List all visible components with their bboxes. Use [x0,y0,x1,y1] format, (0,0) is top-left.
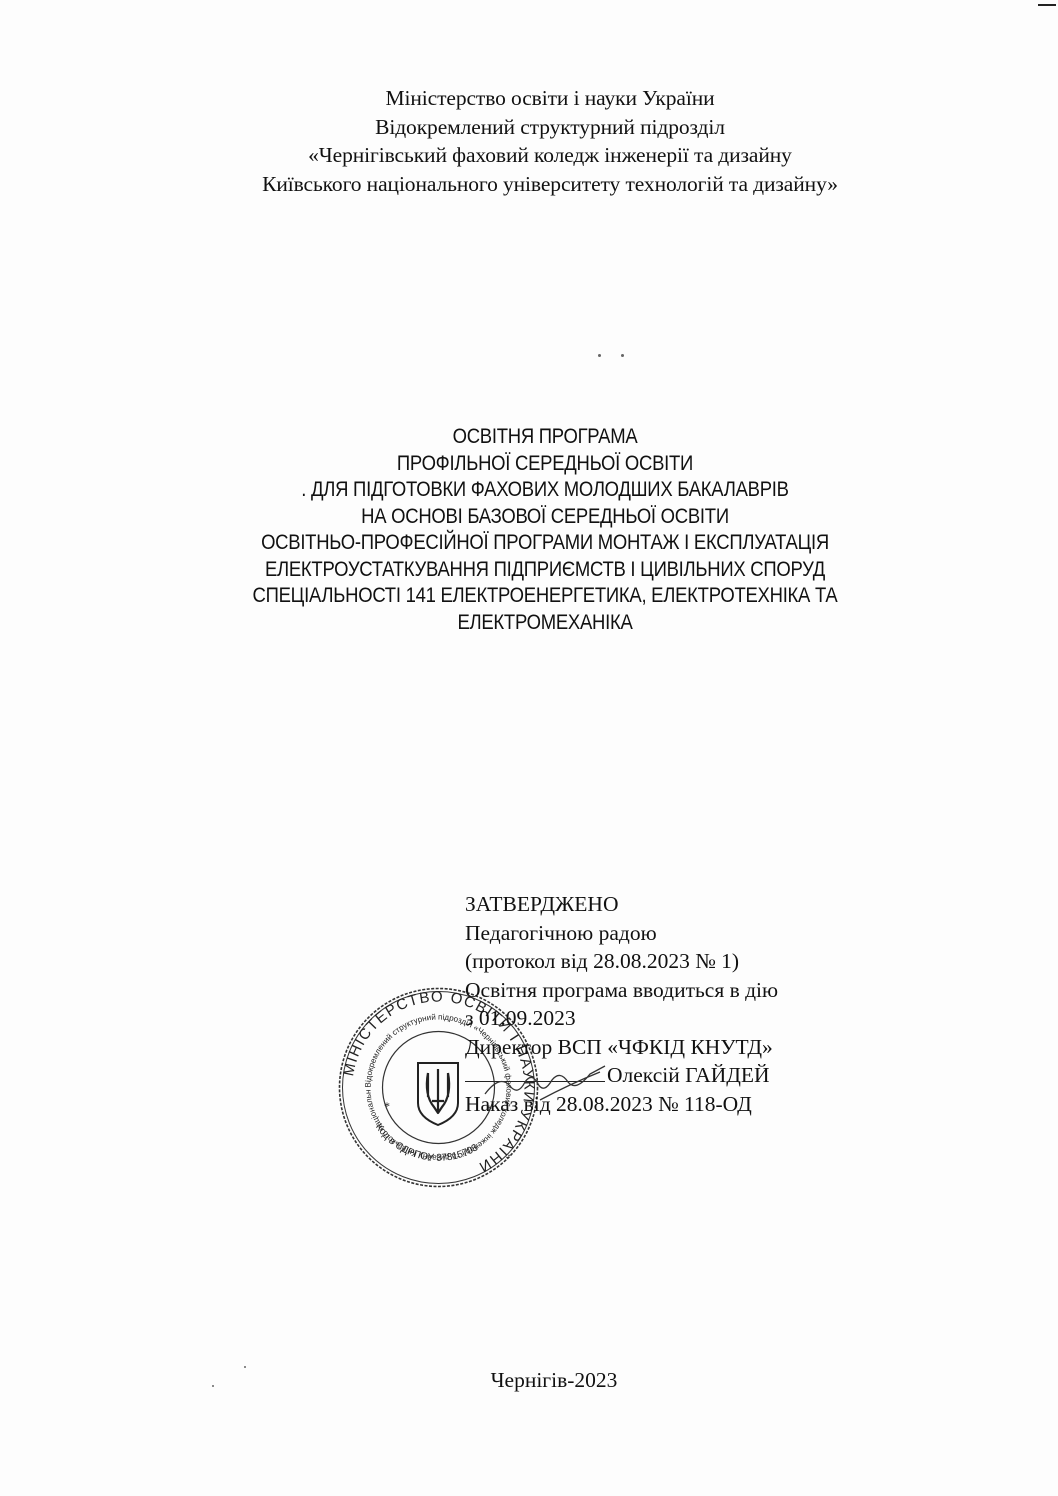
protocol-reference: (протокол від 28.08.2023 № 1) [465,947,778,976]
effective-date: з 01.09.2023 [465,1004,778,1033]
scan-speck [621,354,624,357]
city-year: Чернігів-2023 [0,1366,1058,1394]
college-name-line: «Чернігівський фаховий коледж інженерії … [0,141,1058,170]
title-line: ОСВІТНЬО-ПРОФЕСІЙНОЇ ПРОГРАМИ МОНТАЖ І Е… [65,530,1024,557]
title-line: ЕЛЕКТРОУСТАТКУВАННЯ ПІДПРИЄМСТВ І ЦИВІЛЬ… [65,557,1024,584]
subdivision-line: Відокремлений структурний підрозділ [0,113,1058,142]
title-line: . ДЛЯ ПІДГОТОВКИ ФАХОВИХ МОЛОДШИХ БАКАЛА… [65,477,1024,504]
ministry-line: Міністерство освіти і науки України [0,84,1058,113]
stamp-code-text: Код в ЄДРПОУ 37815703 [373,1122,480,1164]
title-line: СПЕЦІАЛЬНОСТІ 141 ЕЛЕКТРОЕНЕРГЕТИКА, ЕЛЕ… [65,583,1024,610]
institution-header: Міністерство освіти і науки України Відо… [0,84,1058,198]
handwritten-signature [480,1064,620,1104]
effective-label: Освітня програма вводиться в дію [465,976,778,1005]
approval-heading: ЗАТВЕРДЖЕНО [465,890,778,919]
scan-speck [598,354,601,357]
director-name: Олексій ГАЙДЕЙ [607,1063,770,1087]
scan-corner-mark [1038,4,1056,6]
university-name-line: Київського національного університету те… [0,170,1058,199]
trident-emblem-icon [418,1063,458,1125]
title-line: ЕЛЕКТРОМЕХАНІКА [65,610,1024,637]
program-title: ОСВІТНЯ ПРОГРАМА ПРОФІЛЬНОЇ СЕРЕДНЬОЇ ОС… [65,424,1024,636]
stamp-star-icon: * [384,1099,390,1113]
title-line: ОСВІТНЯ ПРОГРАМА [65,424,1024,451]
approval-body: Педагогічною радою [465,919,778,948]
title-line: ПРОФІЛЬНОЇ СЕРЕДНЬОЇ ОСВІТИ [65,451,1024,478]
title-line: НА ОСНОВІ БАЗОВОЇ СЕРЕДНЬОЇ ОСВІТИ [65,504,1024,531]
document-page: Міністерство освіти і науки України Відо… [0,0,1058,1496]
director-title: Директор ВСП «ЧФКІД КНУТД» [465,1033,778,1062]
